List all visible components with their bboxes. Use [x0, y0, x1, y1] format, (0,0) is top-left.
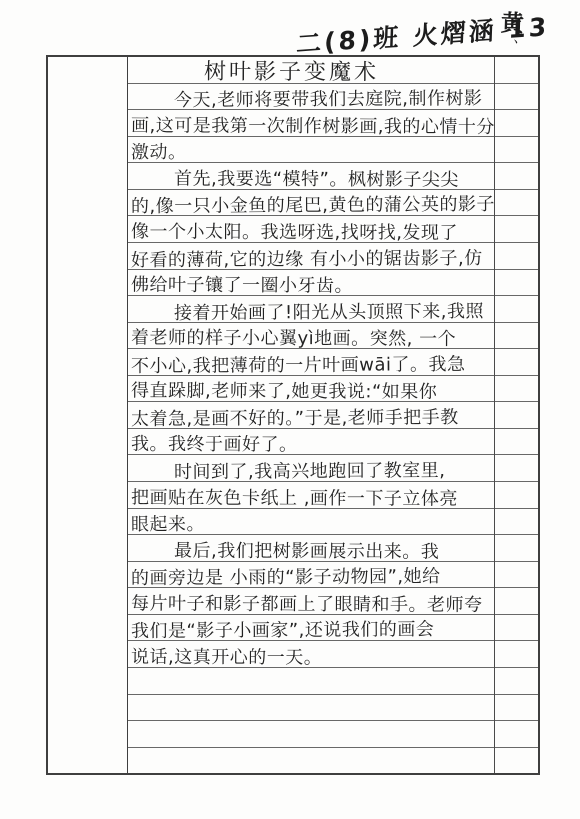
- essay-line: 得直跺脚,老师来了,她更我说:“如果你: [131, 380, 437, 405]
- essay-line: 最后,我们把树影画展示出来。我: [174, 539, 439, 564]
- text-row: 每片叶子和影子都画上了眼睛和手。老师夸: [128, 588, 538, 615]
- paper-background: 二(8)班 火熠涵 13 黄 、 树叶影子变魔术 今天,老师将要带我们去庭院,制…: [0, 0, 580, 819]
- text-row: 不小心,我把薄荷的一片叶画wāi了。我急: [128, 349, 538, 376]
- empty-row: [128, 748, 538, 774]
- essay-line: 太着急,是画不好的。”于是,老师手把手教: [131, 406, 459, 432]
- text-row: 的,像一只小金鱼的尾巴,黄色的蒲公英的影子: [128, 190, 538, 217]
- text-row: 时间到了,我高兴地跑回了教室里,: [128, 455, 538, 482]
- essay-line: 每片叶子和影子都画上了眼睛和手。老师夸: [131, 592, 483, 618]
- essay-line: 时间到了,我高兴地跑回了教室里,: [174, 459, 446, 485]
- empty-row: [128, 721, 538, 748]
- text-row: 首先,我要选“模特”。枫树影子尖尖: [128, 163, 538, 190]
- text-row: 着老师的样子小心翼yì地画。突然, 一个: [128, 323, 538, 350]
- text-row: 激动。: [128, 137, 538, 164]
- text-row: 太着急,是画不好的。”于是,老师手把手教: [128, 402, 538, 429]
- text-row: 今天,老师将要带我们去庭院,制作树影: [128, 84, 538, 111]
- essay-line: 今天,老师将要带我们去庭院,制作树影: [174, 87, 483, 113]
- text-row: 接着开始画了!阳光从头顶照下来,我照: [128, 296, 538, 323]
- essay-line: 我。我终于画好了。: [131, 433, 298, 458]
- essay-line: 像一个小太阳。我选呀选,找呀找,发现了: [131, 220, 458, 245]
- text-row: 我。我终于画好了。: [128, 429, 538, 456]
- composition-grid: 树叶影子变魔术 今天,老师将要带我们去庭院,制作树影 画,这可是我第一次制作树影…: [46, 55, 540, 775]
- left-margin-column: [48, 57, 128, 773]
- essay-title: 树叶影子变魔术: [204, 60, 379, 85]
- empty-row: [128, 668, 538, 695]
- essay-line: 画,这可是我第一次制作树影画,我的心情十分: [131, 114, 495, 140]
- essay-line: 好看的薄荷,它的边缘 有小小的锯齿影子,仿: [131, 246, 483, 272]
- essay-line: 着老师的样子小心翼yì地画。突然, 一个: [131, 326, 456, 351]
- empty-row: [128, 695, 538, 722]
- title-row: 树叶影子变魔术: [128, 57, 538, 84]
- essay-line: 的画旁边是 小雨的“影子动物园”,她给: [131, 565, 441, 591]
- text-row: 得直跺脚,老师来了,她更我说:“如果你: [128, 376, 538, 403]
- right-margin-rule: [494, 57, 496, 773]
- text-row: 画,这可是我第一次制作树影画,我的心情十分: [128, 110, 538, 137]
- essay-line: 首先,我要选“模特”。枫树影子尖尖: [174, 167, 459, 192]
- essay-line: 说话,这真开心的一天。: [131, 646, 322, 671]
- text-row: 说话,这真开心的一天。: [128, 641, 538, 668]
- essay-line: 把画贴在灰色卡纸上 ,画作一下子立体亮: [131, 486, 458, 511]
- essay-line: 佛给叶子镶了一圈小牙齿。: [131, 274, 353, 299]
- grader-tick-mark: 、: [512, 27, 529, 49]
- essay-line: 我们是“影子小画家”,还说我们的画会: [131, 618, 435, 644]
- text-row: 佛给叶子镶了一圈小牙齿。: [128, 270, 538, 297]
- text-row: 好看的薄荷,它的边缘 有小小的锯齿影子,仿: [128, 243, 538, 270]
- text-row: 把画贴在灰色卡纸上 ,画作一下子立体亮: [128, 482, 538, 509]
- writing-area: 树叶影子变魔术 今天,老师将要带我们去庭院,制作树影 画,这可是我第一次制作树影…: [128, 57, 538, 773]
- text-row: 眼起来。: [128, 509, 538, 536]
- essay-line: 激动。: [131, 141, 187, 165]
- essay-line: 眼起来。: [131, 513, 205, 537]
- text-row: 我们是“影子小画家”,还说我们的画会: [128, 615, 538, 642]
- text-row: 最后,我们把树影画展示出来。我: [128, 535, 538, 562]
- essay-line: 的,像一只小金鱼的尾巴,黄色的蒲公英的影子: [131, 193, 495, 219]
- essay-line: 接着开始画了!阳光从头顶照下来,我照: [174, 300, 484, 326]
- essay-line: 不小心,我把薄荷的一片叶画wāi了。我急: [131, 353, 466, 379]
- text-row: 像一个小太阳。我选呀选,找呀找,发现了: [128, 216, 538, 243]
- text-row: 的画旁边是 小雨的“影子动物园”,她给: [128, 562, 538, 589]
